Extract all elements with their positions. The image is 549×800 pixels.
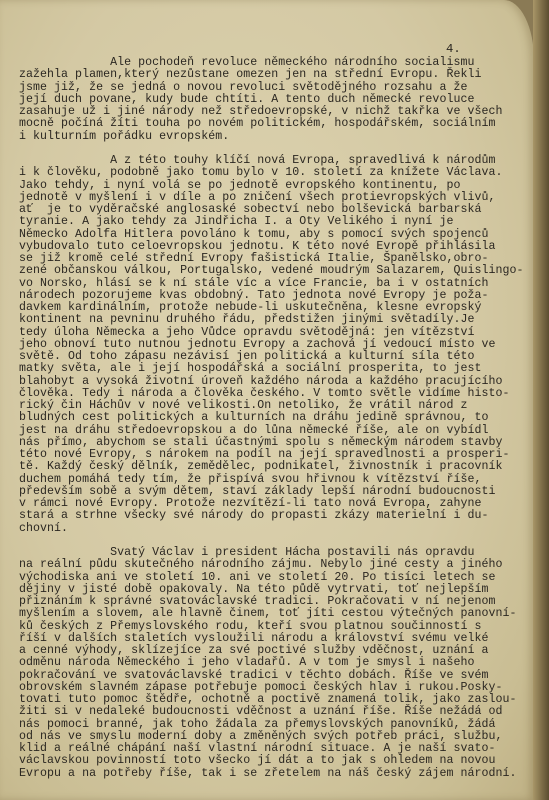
text-line: odměnu národa Německého i jeho vladařů. … <box>19 657 519 669</box>
paragraph-1: Ale pochodeň revoluce německého národníh… <box>19 57 519 143</box>
page-number: 4. <box>446 42 461 56</box>
text-line: václavskou povinností toto všecko jí dát… <box>19 755 519 767</box>
paragraph-2: A z této touhy klíčí nová Evropa, sprave… <box>19 155 519 535</box>
text-line: i k člověku, podobně jako tomu bylo v 10… <box>19 167 519 179</box>
text-line: zažehla plamen,který nezůstane omezen je… <box>19 69 519 81</box>
text-line: tyranie. A jako tehdy za Jindřicha I. a … <box>19 216 519 228</box>
text-line: Jako tehdy, i nyní volá se po jednotě ev… <box>19 180 519 192</box>
text-line: žiti si v nedaleké budoucnosti vděčnost … <box>19 706 519 718</box>
text-line: nás pomoci branné, jak toho žádala za př… <box>19 719 519 731</box>
text-line: chovní. <box>19 523 519 535</box>
text-line: zené občanskou válkou, Portugalsko, vede… <box>19 265 519 277</box>
text-line: tedy úloha Německa a jeho Vůdce opravdu … <box>19 327 519 339</box>
text-line: jest na dráhu středoevropskou a do lůna … <box>19 425 519 437</box>
paragraph-3: Svatý Václav i president Hácha postavili… <box>19 547 519 780</box>
text-line: bludných cest politických a kulturních n… <box>19 412 519 424</box>
paper-edge-shadow <box>533 0 549 800</box>
text-line: jsme již, že se jedná o novou revoluci s… <box>19 82 519 94</box>
text-line: kontinent na pevninu druhého řádu, předs… <box>19 314 519 326</box>
document-body: Ale pochodeň revoluce německého národníh… <box>19 57 519 792</box>
text-line: duchem pomáhá tedy tím, že přispívá svou… <box>19 474 519 486</box>
text-line: i kulturním pořádku evropském. <box>19 131 519 143</box>
text-line: tě. Každý český dělník, zemědělec, podni… <box>19 461 519 473</box>
text-line: východiska ani ve století 10. ani ve sto… <box>19 572 519 584</box>
text-line: Evropu a na potřeby říše, tak i se zřete… <box>19 768 519 780</box>
text-line: matky světa, ale i její hospodářská a so… <box>19 363 519 375</box>
typewritten-page: 4. Ale pochodeň revoluce německého národ… <box>0 0 534 800</box>
text-line: Německo Adolfa Hitlera povoláno k tomu, … <box>19 229 519 241</box>
text-line: stará a strhne všecky své národy do prop… <box>19 510 519 522</box>
text-line: ků českých z Přemyslovského rodu, kteří … <box>19 621 519 633</box>
text-line: na reální půdu skutečného národního zájm… <box>19 559 519 571</box>
text-line: vo Norsko, hlásí se k ní stále víc a víc… <box>19 278 519 290</box>
text-line: blahobyt a vysoká životní úroveň každého… <box>19 376 519 388</box>
text-line: myšlením a slovem, ale hlavně činem, toť… <box>19 608 519 620</box>
text-line: mocně počíná žíti touha po novém politic… <box>19 118 519 130</box>
text-line: pokračování ve svatováclavské tradici v … <box>19 670 519 682</box>
